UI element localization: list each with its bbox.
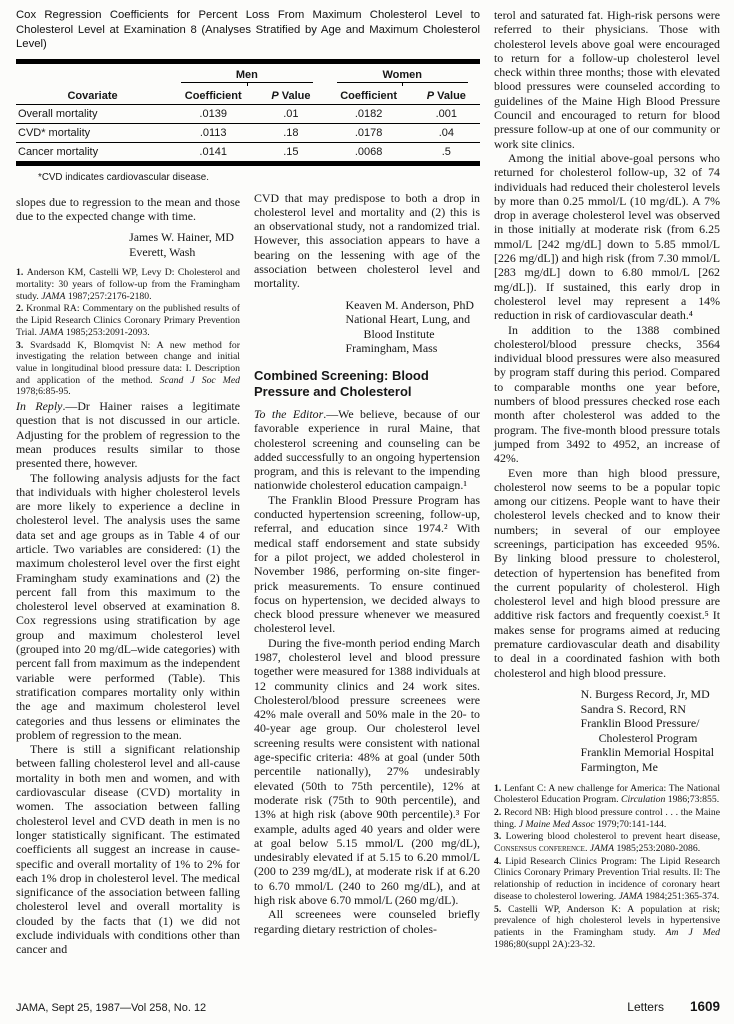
cox-regression-table-block: Cox Regression Coefficients for Percent … — [16, 8, 480, 183]
text-run: terol and saturated fat. High-risk perso… — [494, 8, 720, 151]
text-run: 4. — [494, 856, 505, 867]
reference-item: 4. Lipid Research Clinics Program: The L… — [494, 856, 720, 903]
body-paragraph: All screenees were counseled briefly reg… — [254, 907, 480, 936]
text-run: CVD that may predispose to both a drop i… — [254, 191, 480, 291]
value-cell: .15 — [257, 142, 324, 161]
value-cell: .0178 — [325, 123, 413, 142]
section-label: Letters — [627, 1000, 664, 1014]
body-paragraph: slopes due to regression to the mean and… — [16, 195, 240, 224]
text-run: 2. — [494, 807, 504, 818]
text-run: The following analysis adjusts for the f… — [16, 471, 240, 742]
footer-right: Letters1609 — [627, 999, 720, 1014]
text-run: 1. — [16, 267, 27, 278]
text-run: JAMA — [619, 891, 643, 902]
reference-item: 1. Anderson KM, Castelli WP, Levy D: Cho… — [16, 267, 240, 302]
signature-line: Keaven M. Anderson, PhD — [346, 298, 474, 313]
text-run: 5. — [494, 904, 508, 915]
three-column-layout: Cox Regression Coefficients for Percent … — [16, 8, 720, 957]
text-run: 1986;73:855. — [665, 794, 719, 805]
text-run: Consensus conference — [494, 843, 585, 854]
text-run: Among the initial above-goal persons who… — [494, 151, 720, 322]
text-run: J Maine Med Assoc — [519, 819, 595, 830]
text-run: The Franklin Blood Pressure Program has … — [254, 493, 480, 636]
signature-block: Keaven M. Anderson, PhDNational Heart, L… — [346, 298, 474, 356]
covariate-column-header: Covariate — [16, 87, 169, 105]
text-run: JAMA — [41, 291, 65, 302]
text-run: In Reply — [16, 399, 62, 413]
value-cell: .18 — [257, 123, 324, 142]
reference-item: 1. Lenfant C: A new challenge for Americ… — [494, 783, 720, 806]
table-header: Men Women Covariate Coefficient P Val — [16, 64, 480, 105]
body-paragraph: Among the initial above-goal persons who… — [494, 151, 720, 323]
left-text-column: slopes due to regression to the mean and… — [16, 183, 240, 957]
body-paragraph: terol and saturated fat. High-risk perso… — [494, 8, 720, 151]
page-content: Cox Regression Coefficients for Percent … — [16, 8, 720, 992]
covariate-cell: CVD* mortality — [16, 123, 169, 142]
table-row: Cancer mortality.0141.15.0068.5 — [16, 142, 480, 161]
group-header-row: Men Women — [16, 64, 480, 87]
text-run: 1979;70:141-144. — [595, 819, 667, 830]
text-run: 1986;80(suppl 2A):23-32. — [494, 939, 595, 950]
journal-page: Cox Regression Coefficients for Percent … — [0, 0, 734, 1024]
value-cell: .0141 — [169, 142, 257, 161]
signature-line: James W. Hainer, MD — [129, 230, 234, 245]
signature-line: Farmington, Me — [581, 760, 714, 775]
text-run: 3. — [16, 340, 30, 351]
signature-block: N. Burgess Record, Jr, MDSandra S. Recor… — [581, 687, 714, 775]
text-run: 1985;253:2091-2093. — [64, 327, 150, 338]
signature-line: Blood Institute — [346, 327, 474, 342]
text-run: Am J Med — [666, 927, 720, 938]
cox-regression-table: Men Women Covariate Coefficient P Val — [16, 64, 480, 161]
right-text-column: terol and saturated fat. High-risk perso… — [494, 8, 720, 957]
text-run: 3. — [494, 831, 506, 842]
body-paragraph: To the Editor.—We believe, because of ou… — [254, 407, 480, 493]
table-row: CVD* mortality.0113.18.0178.04 — [16, 123, 480, 142]
value-cell: .001 — [413, 104, 480, 123]
column-header-row: Covariate Coefficient P Value Coefficien… — [16, 87, 480, 105]
body-paragraph: During the five-month period ending Marc… — [254, 636, 480, 908]
text-run: To the Editor — [254, 407, 323, 421]
men-group-header: Men — [169, 64, 324, 87]
body-paragraph: In addition to the 1388 combined cholest… — [494, 323, 720, 466]
text-run: During the five-month period ending Marc… — [254, 636, 480, 907]
table-footnote: *CVD indicates cardiovascular disease. — [16, 172, 480, 183]
text-run: Even more than high blood pressure, chol… — [494, 466, 720, 680]
body-paragraph: In Reply.—Dr Hainer raises a legitimate … — [16, 399, 240, 470]
women-spanner-rule — [337, 82, 468, 87]
covariate-cell: Cancer mortality — [16, 142, 169, 161]
women-group-label: Women — [383, 69, 423, 81]
value-cell: .0139 — [169, 104, 257, 123]
table-bottom-rule — [16, 161, 480, 166]
women-group-header: Women — [325, 64, 480, 87]
body-paragraph: Even more than high blood pressure, chol… — [494, 466, 720, 680]
page-footer: JAMA, Sept 25, 1987—Vol 258, No. 12 Lett… — [16, 993, 720, 1014]
men-spanner-rule — [181, 82, 312, 87]
reference-item: 2. Kronmal RA: Commentary on the publish… — [16, 303, 240, 338]
women-coefficient-header: Coefficient — [325, 87, 413, 105]
reference-item: 5. Castelli WP, Anderson K: A population… — [494, 904, 720, 951]
reference-item: 3. Svardsadd K, Blomqvist N: A new metho… — [16, 340, 240, 399]
reference-item: 3. Lowering blood cholesterol to prevent… — [494, 831, 720, 854]
text-run: slopes due to regression to the mean and… — [16, 195, 240, 223]
text-run: In addition to the 1388 combined cholest… — [494, 323, 720, 466]
table-body: Overall mortality.0139.01.0182.001CVD* m… — [16, 104, 480, 161]
signature-line: Cholesterol Program — [581, 731, 714, 746]
men-pvalue-header: P Value — [257, 87, 324, 105]
value-cell: .0182 — [325, 104, 413, 123]
signature-line: Everett, Wash — [129, 245, 234, 260]
text-run: There is still a significant relationshi… — [16, 742, 240, 956]
text-run: Lowering blood cholesterol to prevent he… — [506, 831, 720, 842]
value-cell: .0113 — [169, 123, 257, 142]
table-title: Cox Regression Coefficients for Percent … — [16, 8, 480, 52]
signature-line: Sandra S. Record, RN — [581, 702, 714, 717]
body-paragraph: The following analysis adjusts for the f… — [16, 471, 240, 743]
men-group-label: Men — [236, 69, 258, 81]
reference-item: 2. Record NB: High blood pressure contro… — [494, 807, 720, 830]
group-header-spacer — [16, 64, 169, 87]
text-run: JAMA — [590, 843, 614, 854]
value-cell: .0068 — [325, 142, 413, 161]
journal-volume-line: JAMA, Sept 25, 1987—Vol 258, No. 12 — [16, 1002, 206, 1014]
text-run: 1978;6:85-95. — [16, 386, 71, 397]
body-paragraph: CVD that may predispose to both a drop i… — [254, 191, 480, 291]
letter-heading: Combined Screening: Blood Pressure and C… — [254, 368, 480, 400]
text-run: 1985;253:2080-2086. — [614, 843, 700, 854]
text-run: 1984;251:365-374. — [643, 891, 719, 902]
text-run: 1. — [494, 783, 504, 794]
page-number: 1609 — [690, 999, 720, 1014]
signature-block: James W. Hainer, MDEverett, Wash — [129, 230, 234, 259]
men-coefficient-header: Coefficient — [169, 87, 257, 105]
value-cell: .04 — [413, 123, 480, 142]
covariate-cell: Overall mortality — [16, 104, 169, 123]
signature-line: N. Burgess Record, Jr, MD — [581, 687, 714, 702]
text-run: All screenees were counseled briefly reg… — [254, 907, 480, 935]
signature-line: Framingham, Mass — [346, 341, 474, 356]
text-run: Circulation — [621, 794, 665, 805]
signature-line: Franklin Blood Pressure/ — [581, 716, 714, 731]
table-row: Overall mortality.0139.01.0182.001 — [16, 104, 480, 123]
text-run: 2. — [16, 303, 26, 314]
text-run: JAMA — [39, 327, 63, 338]
signature-line: Franklin Memorial Hospital — [581, 745, 714, 760]
text-run: Scand J Soc Med — [160, 375, 240, 386]
text-run: 1987;257:2176-2180. — [65, 291, 151, 302]
middle-text-column: CVD that may predispose to both a drop i… — [254, 183, 480, 957]
value-cell: .01 — [257, 104, 324, 123]
women-pvalue-header: P Value — [413, 87, 480, 105]
body-paragraph: There is still a significant relationshi… — [16, 742, 240, 956]
value-cell: .5 — [413, 142, 480, 161]
body-paragraph: The Franklin Blood Pressure Program has … — [254, 493, 480, 636]
signature-line: National Heart, Lung, and — [346, 312, 474, 327]
